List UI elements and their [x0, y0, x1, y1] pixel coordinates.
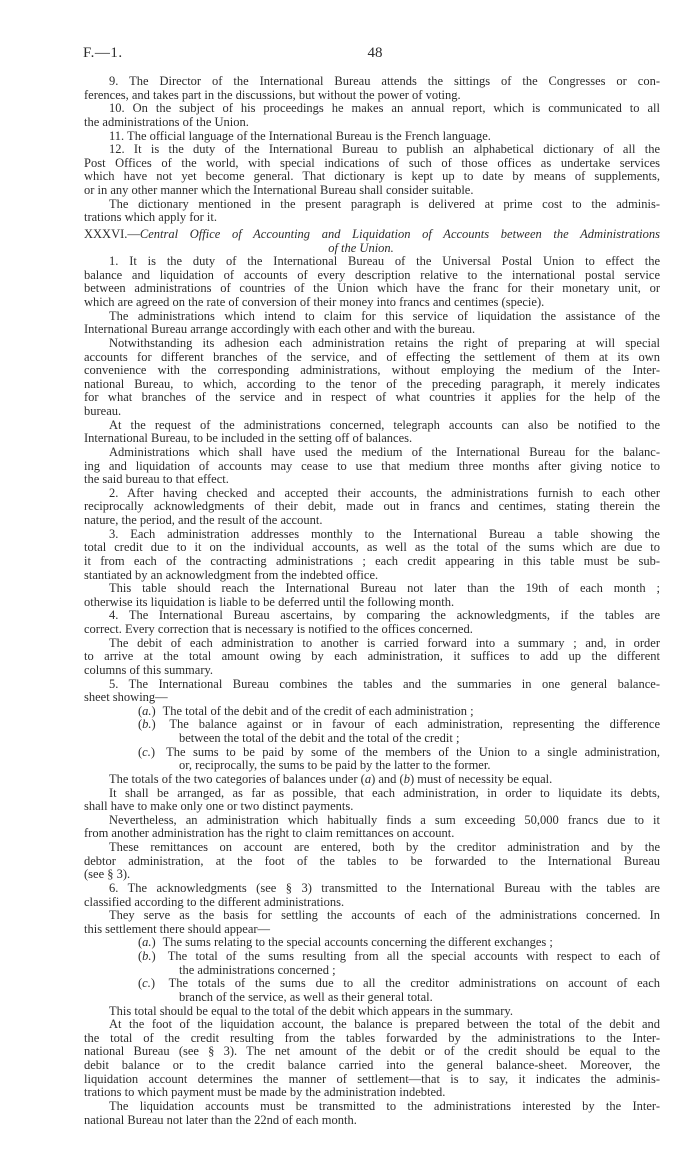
list-item: (c.) The sums to be paid by some of the … [84, 746, 660, 773]
text-line: national Bureau not later than the 22nd … [84, 1114, 660, 1128]
text-line: (c.) The totals of the sums due to all t… [84, 977, 660, 991]
text-line: (c.) The sums to be paid by some of the … [84, 746, 660, 760]
list-item-text: The total of the debit and of the credit… [163, 704, 474, 718]
text-line: ing and liquidation of accounts may ceas… [84, 460, 660, 474]
paragraph: Nevertheless, an administration which ha… [84, 814, 660, 841]
paragraph: 9. The Director of the International Bur… [84, 75, 660, 102]
text-line: The liquidation accounts must be transmi… [84, 1100, 660, 1114]
text-line: for what branches of the service and in … [84, 391, 660, 405]
text-line: At the foot of the liquidation account, … [84, 1018, 660, 1032]
text-line: accounts for different branches of the s… [84, 351, 660, 365]
marker-letter: b. [142, 717, 151, 731]
text-line: 1. It is the duty of the International B… [84, 255, 660, 269]
text-segment: The totals of the two categories of bala… [109, 772, 365, 786]
text-line: 4. The International Bureau ascertains, … [84, 609, 660, 623]
marker-letter: b. [142, 949, 151, 963]
heading-line: XXXVI.—Central Office of Accounting and … [84, 228, 660, 242]
text-line: Notwithstanding its adhesion each admini… [84, 337, 660, 351]
text-line: (see § 3). [84, 868, 660, 882]
text-line: At the request of the administrations co… [84, 419, 660, 433]
list-item: (b.) The balance against or in favour of… [84, 718, 660, 745]
text-line: nature, the period, and the result of th… [84, 514, 660, 528]
text-line: from another administration has the righ… [84, 827, 660, 841]
text-line: It shall be arranged, as far as possible… [84, 787, 660, 801]
list-item: (b.) The total of the sums resulting fro… [84, 950, 660, 977]
paren-close: ) [152, 935, 156, 949]
section-title: Central Office of Accounting and Liquida… [140, 227, 660, 241]
list-item-text: The balance against or in favour of each… [169, 717, 660, 731]
text-line: or, reciprocally, the sums to be paid by… [84, 759, 660, 773]
list-marker: (a.) [138, 704, 156, 718]
paren-close: ) [151, 976, 155, 990]
text-line: The totals of the two categories of bala… [84, 773, 660, 787]
list-marker: (c.) [138, 745, 155, 759]
page-number: 48 [358, 44, 392, 62]
text-line: classified according to the different ad… [84, 896, 660, 910]
list-marker: (a.) [138, 935, 156, 949]
text-line: Nevertheless, an administration which ha… [84, 814, 660, 828]
paren-close: ) [152, 717, 156, 731]
paragraph: This total should be equal to the total … [84, 1005, 660, 1019]
text-line: total credit due to it on the individual… [84, 541, 660, 555]
paragraph: At the request of the administrations co… [84, 419, 660, 446]
text-line: or in any other manner which the Interna… [84, 184, 660, 198]
paren-close: ) [151, 745, 155, 759]
text-line: reciprocally acknowledgments of their de… [84, 500, 660, 514]
marker-letter: c. [142, 976, 151, 990]
paragraph: The liquidation accounts must be transmi… [84, 1100, 660, 1127]
text-line: which are agreed on the rate of conversi… [84, 296, 660, 310]
text-line: (a.) The total of the debit and of the c… [84, 705, 660, 719]
text-line: shall have to make only one or two disti… [84, 800, 660, 814]
list-item-text: The totals of the sums due to all the cr… [169, 976, 660, 990]
paragraph: 6. The acknowledgments (see § 3) transmi… [84, 882, 660, 909]
text-line: 9. The Director of the International Bur… [84, 75, 660, 89]
text-line: the administrations concerned ; [84, 964, 660, 978]
list-marker: (b.) [138, 717, 156, 731]
list-item-text: The total of the sums resulting from all… [168, 949, 660, 963]
list-item-text: The sums to be paid by some of the membe… [166, 745, 660, 759]
paragraph: 11. The official language of the Interna… [84, 130, 660, 144]
text-line: sheet showing— [84, 691, 660, 705]
paren-close: ) [152, 704, 156, 718]
text-line: debit balance or to the credit balance c… [84, 1059, 660, 1073]
page-body: 9. The Director of the International Bur… [84, 75, 660, 1127]
paragraph: Administrations which shall have used th… [84, 446, 660, 487]
text-line: They serve as the basis for settling the… [84, 909, 660, 923]
text-line: These remittances on account are entered… [84, 841, 660, 855]
paragraph: 12. It is the duty of the International … [84, 143, 660, 198]
text-line: the said bureau to that effect. [84, 473, 660, 487]
text-line: 2. After having checked and accepted the… [84, 487, 660, 501]
text-line: ferences, and takes part in the discussi… [84, 89, 660, 103]
text-line: The dictionary mentioned in the present … [84, 198, 660, 212]
text-line: between administrations of countries of … [84, 282, 660, 296]
page-header: F.—1. 48 [0, 44, 700, 62]
paragraph: At the foot of the liquidation account, … [84, 1018, 660, 1100]
paragraph: These remittances on account are entered… [84, 841, 660, 882]
paragraph: They serve as the basis for settling the… [84, 909, 660, 936]
text-line: balance and liquidation of accounts of e… [84, 269, 660, 283]
paragraph: 3. Each administration addresses monthly… [84, 528, 660, 583]
paragraph: 5. The International Bureau combines the… [84, 678, 660, 705]
paragraph: The debit of each administration to anot… [84, 637, 660, 678]
text-line: (b.) The balance against or in favour of… [84, 718, 660, 732]
text-line: International Bureau arrange accordingly… [84, 323, 660, 337]
text-line: the administrations of the Union. [84, 116, 660, 130]
text-line: bureau. [84, 405, 660, 419]
text-line: 12. It is the duty of the International … [84, 143, 660, 157]
paragraph: 10. On the subject of his proceedings he… [84, 102, 660, 129]
list-marker: (c.) [138, 976, 155, 990]
text-line: This table should reach the Internationa… [84, 582, 660, 596]
text-line: Administrations which shall have used th… [84, 446, 660, 460]
text-line: debtor administration, at the foot of th… [84, 855, 660, 869]
text-line: (a.) The sums relating to the special ac… [84, 936, 660, 950]
list-item: (a.) The total of the debit and of the c… [84, 705, 660, 719]
paragraph: It shall be arranged, as far as possible… [84, 787, 660, 814]
text-line: The administrations which intend to clai… [84, 310, 660, 324]
list-item: (c.) The totals of the sums due to all t… [84, 977, 660, 1004]
paragraph: This table should reach the Internationa… [84, 582, 660, 609]
section-number: XXXVI.— [84, 227, 140, 241]
paragraph: The administrations which intend to clai… [84, 310, 660, 337]
text-segment: ) and ( [371, 772, 404, 786]
heading-line: of the Union. [84, 242, 660, 256]
settlement-list: (a.) The sums relating to the special ac… [84, 936, 660, 1004]
marker-letter: a. [142, 935, 151, 949]
paragraph: Notwithstanding its adhesion each admini… [84, 337, 660, 419]
text-line: stantiated by an acknowledgment from the… [84, 569, 660, 583]
text-line: branch of the service, as well as their … [84, 991, 660, 1005]
text-line: This total should be equal to the total … [84, 1005, 660, 1019]
marker-letter: c. [142, 745, 151, 759]
paragraph: 2. After having checked and accepted the… [84, 487, 660, 528]
text-line: trations which apply for it. [84, 211, 660, 225]
text-line: columns of this summary. [84, 664, 660, 678]
list-marker: (b.) [138, 949, 156, 963]
text-line: 11. The official language of the Interna… [84, 130, 660, 144]
text-line: this settlement there should appear— [84, 923, 660, 937]
text-line: 5. The International Bureau combines the… [84, 678, 660, 692]
text-line: national Bureau, to which, according to … [84, 378, 660, 392]
text-line: (b.) The total of the sums resulting fro… [84, 950, 660, 964]
text-line: between the total of the debit and the t… [84, 732, 660, 746]
section-heading: XXXVI.—Central Office of Accounting and … [84, 228, 660, 255]
text-line: 3. Each administration addresses monthly… [84, 528, 660, 542]
marker-letter: a. [142, 704, 151, 718]
text-line: otherwise its liquidation is liable to b… [84, 596, 660, 610]
text-line: 6. The acknowledgments (see § 3) transmi… [84, 882, 660, 896]
text-line: it from each of the contracting administ… [84, 555, 660, 569]
text-segment: ) must of necessity be equal. [410, 772, 552, 786]
text-line: 10. On the subject of his proceedings he… [84, 102, 660, 116]
paragraph: The totals of the two categories of bala… [84, 773, 660, 787]
paragraph: The dictionary mentioned in the present … [84, 198, 660, 225]
document-reference: F.—1. [83, 44, 123, 62]
text-line: The debit of each administration to anot… [84, 637, 660, 651]
text-line: trations to which payment must be made b… [84, 1086, 660, 1100]
balance-sheet-list: (a.) The total of the debit and of the c… [84, 705, 660, 773]
text-line: Post Offices of the world, with special … [84, 157, 660, 171]
text-line: the total of the credit resulting from t… [84, 1032, 660, 1046]
text-line: International Bureau, to be included in … [84, 432, 660, 446]
text-line: which have not yet become general. That … [84, 170, 660, 184]
text-line: convenience with the corresponding admin… [84, 364, 660, 378]
list-item-text: The sums relating to the special account… [163, 935, 553, 949]
text-line: correct. Every correction that is necess… [84, 623, 660, 637]
text-line: liquidation account determines the manne… [84, 1073, 660, 1087]
text-line: to arrive at the total amount owing by e… [84, 650, 660, 664]
list-item: (a.) The sums relating to the special ac… [84, 936, 660, 950]
paragraph: 4. The International Bureau ascertains, … [84, 609, 660, 636]
paragraph: 1. It is the duty of the International B… [84, 255, 660, 310]
paren-close: ) [152, 949, 156, 963]
text-line: national Bureau (see § 3). The net amoun… [84, 1045, 660, 1059]
